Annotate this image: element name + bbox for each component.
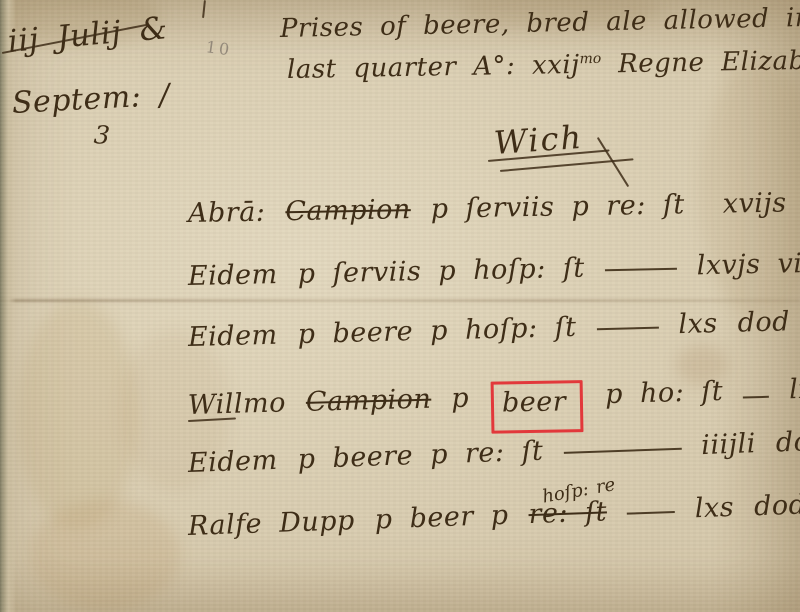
rule-dash <box>743 396 769 399</box>
stain <box>18 300 138 530</box>
entry-tail: dod <box>775 426 800 459</box>
entry-name: Abrā: <box>188 197 266 229</box>
stain <box>30 500 180 610</box>
entry-tail: dod <box>737 306 790 338</box>
corrected-phrase: re: ſt hoſp: re <box>528 496 607 530</box>
entry-clause: p ſerviis p hoſp: ſt <box>297 253 585 290</box>
entry-name: Eidem <box>188 259 278 292</box>
entry-row: Eidem p beere p re: ſt iiijli dod <box>187 426 800 479</box>
title-line2: last quarter A°: xxijmo Regne Elizab: / <box>287 45 800 85</box>
amount-text: xvijs vs <box>722 187 800 220</box>
entry-tail: dod . <box>753 489 800 523</box>
struck-word: Campion <box>285 194 411 227</box>
entry-clause: p beere p re: ſt <box>297 436 544 476</box>
entry-row: Ralfe Dupp p beer p re: ſt hoſp: re lxs … <box>187 489 800 542</box>
entry-row: Eidem p ſerviis p hoſp: ſt lxvjs viijd d… <box>188 246 800 292</box>
rule-dash <box>627 510 675 514</box>
corner-date-line1: iij Julij & <box>6 10 169 60</box>
corner-date-line2: Septem: / <box>11 78 171 121</box>
entry-name: Eidem <box>188 320 278 353</box>
entry-name: Eidem <box>187 445 278 479</box>
title-line2-superscript: mo <box>579 51 601 67</box>
highlight-box: beer <box>491 380 584 434</box>
title-line2-end: Regne Elizab: / <box>601 45 800 79</box>
rule-dash <box>596 326 658 330</box>
flourish-stroke <box>202 0 206 18</box>
amount-text: lxvjs viijd <box>696 247 800 281</box>
pencil-folio-number: 10 <box>205 37 234 59</box>
entry-row: Abrā: Campion p ſerviis p re: ſt xvijs v… <box>188 185 800 229</box>
amount-text: lxs <box>678 308 718 340</box>
corner-numeral: 3 <box>93 120 111 150</box>
entry-clause: p beere p hoſp: ſt <box>297 312 577 350</box>
entry-row: Eidem p beere p hoſp: ſt lxs dod <box>188 306 791 353</box>
rule-dash <box>563 447 681 453</box>
entry-clause: p beer p <box>374 500 509 536</box>
entry-name: Ralfe Dupp <box>187 505 355 542</box>
entry-row: Willmo Campion p beer p ho: ſt lxs dod <box>187 365 800 436</box>
title-line2-start: last quarter A°: xxij <box>287 50 580 85</box>
amount-text: iiijli <box>701 428 757 461</box>
manuscript-page: iij Julij & Septem: / 3 10 Prises of bee… <box>0 0 800 612</box>
highlighted-word: beer <box>502 386 567 418</box>
amount-text: lxs <box>694 492 734 524</box>
rule-dash <box>605 267 677 271</box>
struck-word: Campion <box>305 384 431 418</box>
entry-clause: p ho: ſt <box>605 376 724 410</box>
amount-text: lxs <box>789 373 800 405</box>
entry-clause: p ſerviis p re: ſt <box>431 189 685 224</box>
title-line1: Prises of beere, bred ale allowed in the <box>280 2 800 44</box>
entry-clause: p <box>451 383 470 414</box>
fold-crease <box>0 299 800 302</box>
entry-name: Willmo <box>187 387 286 421</box>
